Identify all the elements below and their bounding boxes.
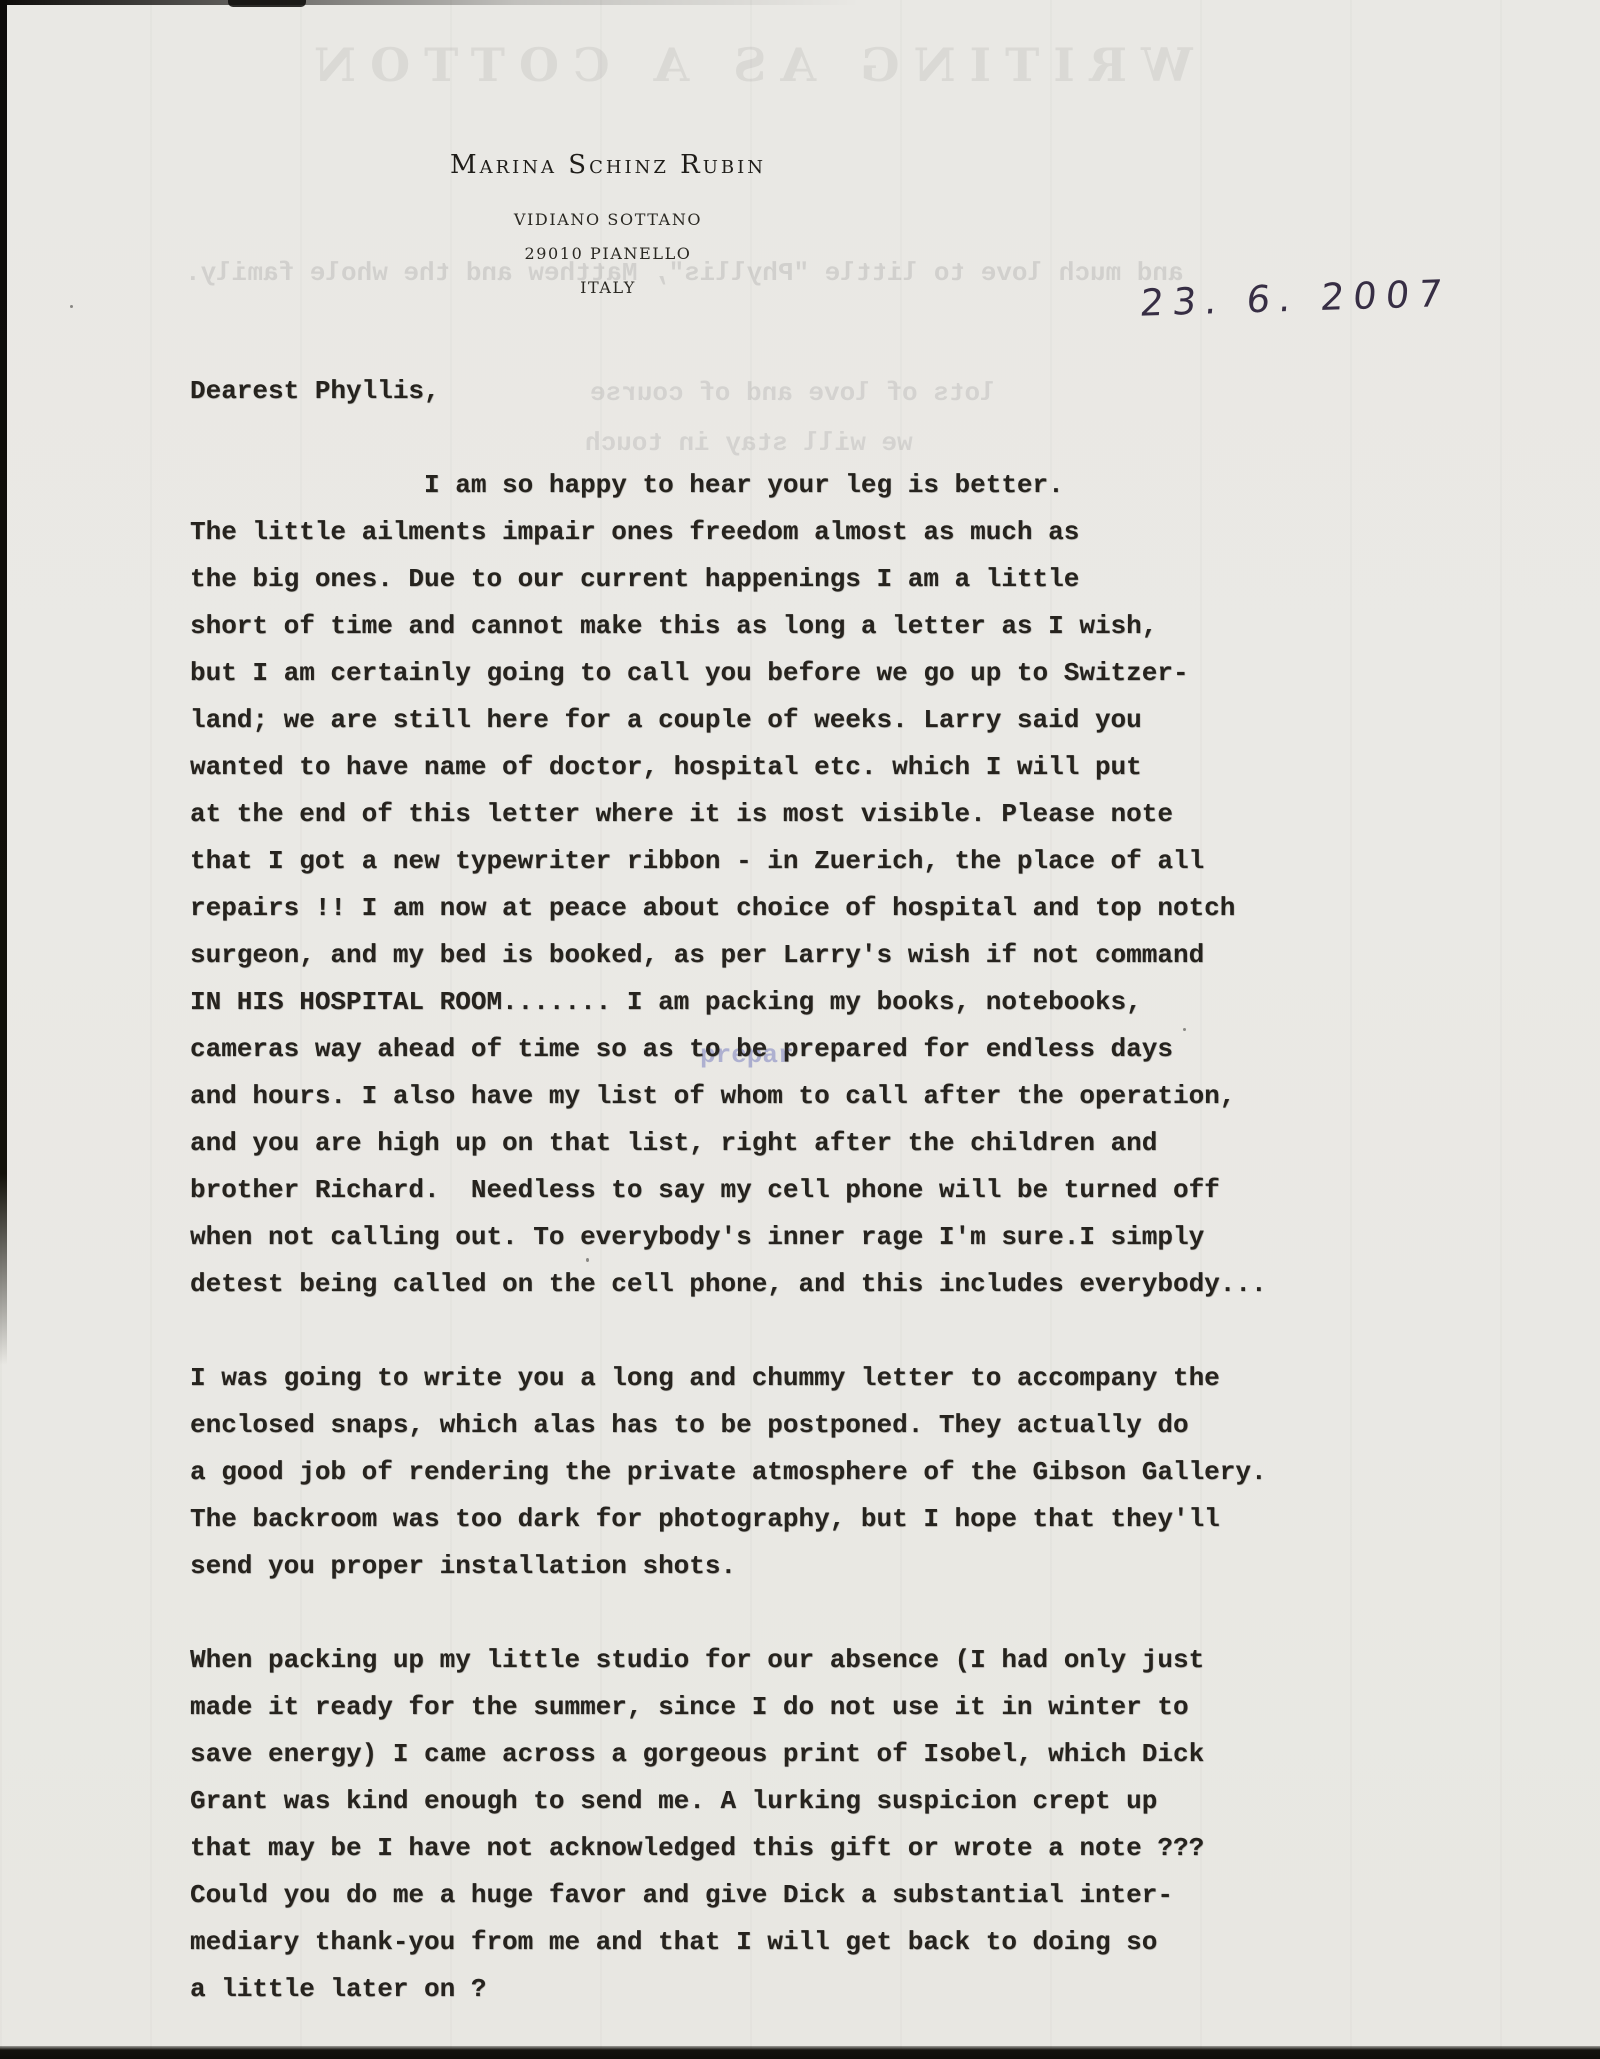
letter-greeting: Dearest Phyllis,	[190, 368, 1267, 415]
letter-paragraph-3: When packing up my little studio for our…	[190, 1637, 1267, 2013]
letter-paragraph-2: I was going to write you a long and chum…	[190, 1355, 1267, 1590]
scan-edge-bottom	[0, 2046, 1600, 2059]
scan-edge-top-smudge	[228, 0, 306, 7]
letterhead-address-line-3: ITALY	[0, 278, 1216, 297]
letterhead-address-line-2: 29010 PIANELLO	[0, 244, 1216, 263]
letter-body: Dearest Phyllis, I am so happy to hear y…	[190, 368, 1267, 2013]
scanned-letter-page: WRITING AS A COTTON and much love to lit…	[0, 0, 1600, 2059]
letterhead: Marina Schinz Rubin VIDIANO SOTTANO 2901…	[0, 150, 1216, 312]
scan-edge-top	[0, 0, 860, 5]
letter-paragraph-1: I am so happy to hear your leg is better…	[190, 462, 1267, 1308]
letterhead-name: Marina Schinz Rubin	[0, 150, 1216, 180]
letterhead-address-line-1: VIDIANO SOTTANO	[0, 210, 1216, 229]
bleed-through-title: WRITING AS A COTTON	[300, 38, 1193, 92]
